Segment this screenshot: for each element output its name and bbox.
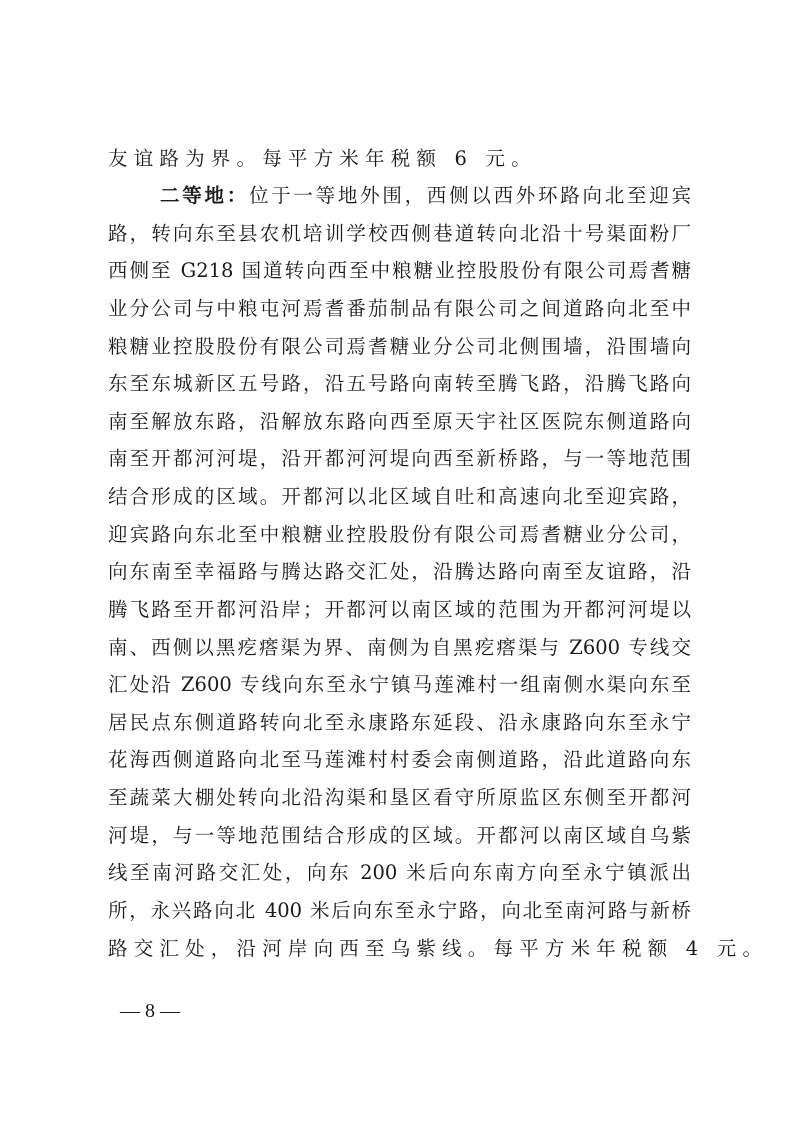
paragraph-line: 粮糖业控股股份有限公司焉耆糖业分公司北侧围墙，沿围墙向 (108, 328, 691, 365)
paragraph-line: 友谊路为界。每平方米年税额 6 元。 (108, 140, 691, 177)
paragraph-line: 南至解放东路，沿解放东路向西至原天宇社区医院东侧道路向 (108, 403, 691, 440)
section-first-line: 二等地：位于一等地外围，西侧以西外环路向北至迎宾 (108, 177, 691, 214)
paragraph-line: 线至南河路交汇处，向东 200 米后向东南方向至永宁镇派出 (108, 854, 691, 891)
paragraph-line: 所，永兴路向北 400 米后向东至永宁路，向北至南河路与新桥 (108, 892, 691, 929)
paragraph-line: 迎宾路向东北至中粮糖业控股股份有限公司焉耆糖业分公司， (108, 516, 691, 553)
paragraph-line: 至蔬菜大棚处转向北沿沟渠和垦区看守所原监区东侧至开都河 (108, 779, 691, 816)
section-heading: 二等地： (160, 184, 249, 207)
paragraph-line: 南、西侧以黑疙瘩渠为界、南侧为自黑疙瘩渠与 Z600 专线交 (108, 629, 691, 666)
paragraph-line: 西侧至 G218 国道转向西至中粮糖业控股股份有限公司焉耆糖 (108, 252, 691, 289)
paragraph-line: 居民点东侧道路转向北至永康路东延段、沿永康路向东至永宁 (108, 704, 691, 741)
paragraph-line: 路，转向东至县农机培训学校西侧巷道转向北沿十号渠面粉厂 (108, 215, 691, 252)
section-first-line-text: 位于一等地外围，西侧以西外环路向北至迎宾 (249, 184, 691, 207)
paragraph-line: 向东南至幸福路与腾达路交汇处，沿腾达路向南至友谊路，沿 (108, 553, 691, 590)
paragraph-line: 结合形成的区域。开都河以北区域自吐和高速向北至迎宾路， (108, 478, 691, 515)
paragraph-line: 汇处沿 Z600 专线向东至永宁镇马莲滩村一组南侧水渠向东至 (108, 666, 691, 703)
paragraph-line: 南至开都河河堤，沿开都河河堤向西至新桥路，与一等地范围 (108, 440, 691, 477)
paragraph-line: 路交汇处，沿河岸向西至乌紫线。每平方米年税额 4 元。 (108, 930, 691, 967)
paragraph-line: 河堤，与一等地范围结合形成的区域。开都河以南区域自乌紫 (108, 817, 691, 854)
document-page: 友谊路为界。每平方米年税额 6 元。 二等地：位于一等地外围，西侧以西外环路向北… (0, 0, 793, 1122)
page-number: — 8 — (120, 996, 180, 1026)
paragraph-line: 腾飞路至开都河沿岸；开都河以南区域的范围为开都河河堤以 (108, 591, 691, 628)
paragraph-line: 花海西侧道路向北至马莲滩村村委会南侧道路，沿此道路向东 (108, 741, 691, 778)
paragraph-line: 东至东城新区五号路，沿五号路向南转至腾飞路，沿腾飞路向 (108, 365, 691, 402)
paragraph-line: 业分公司与中粮屯河焉耆番茄制品有限公司之间道路向北至中 (108, 290, 691, 327)
